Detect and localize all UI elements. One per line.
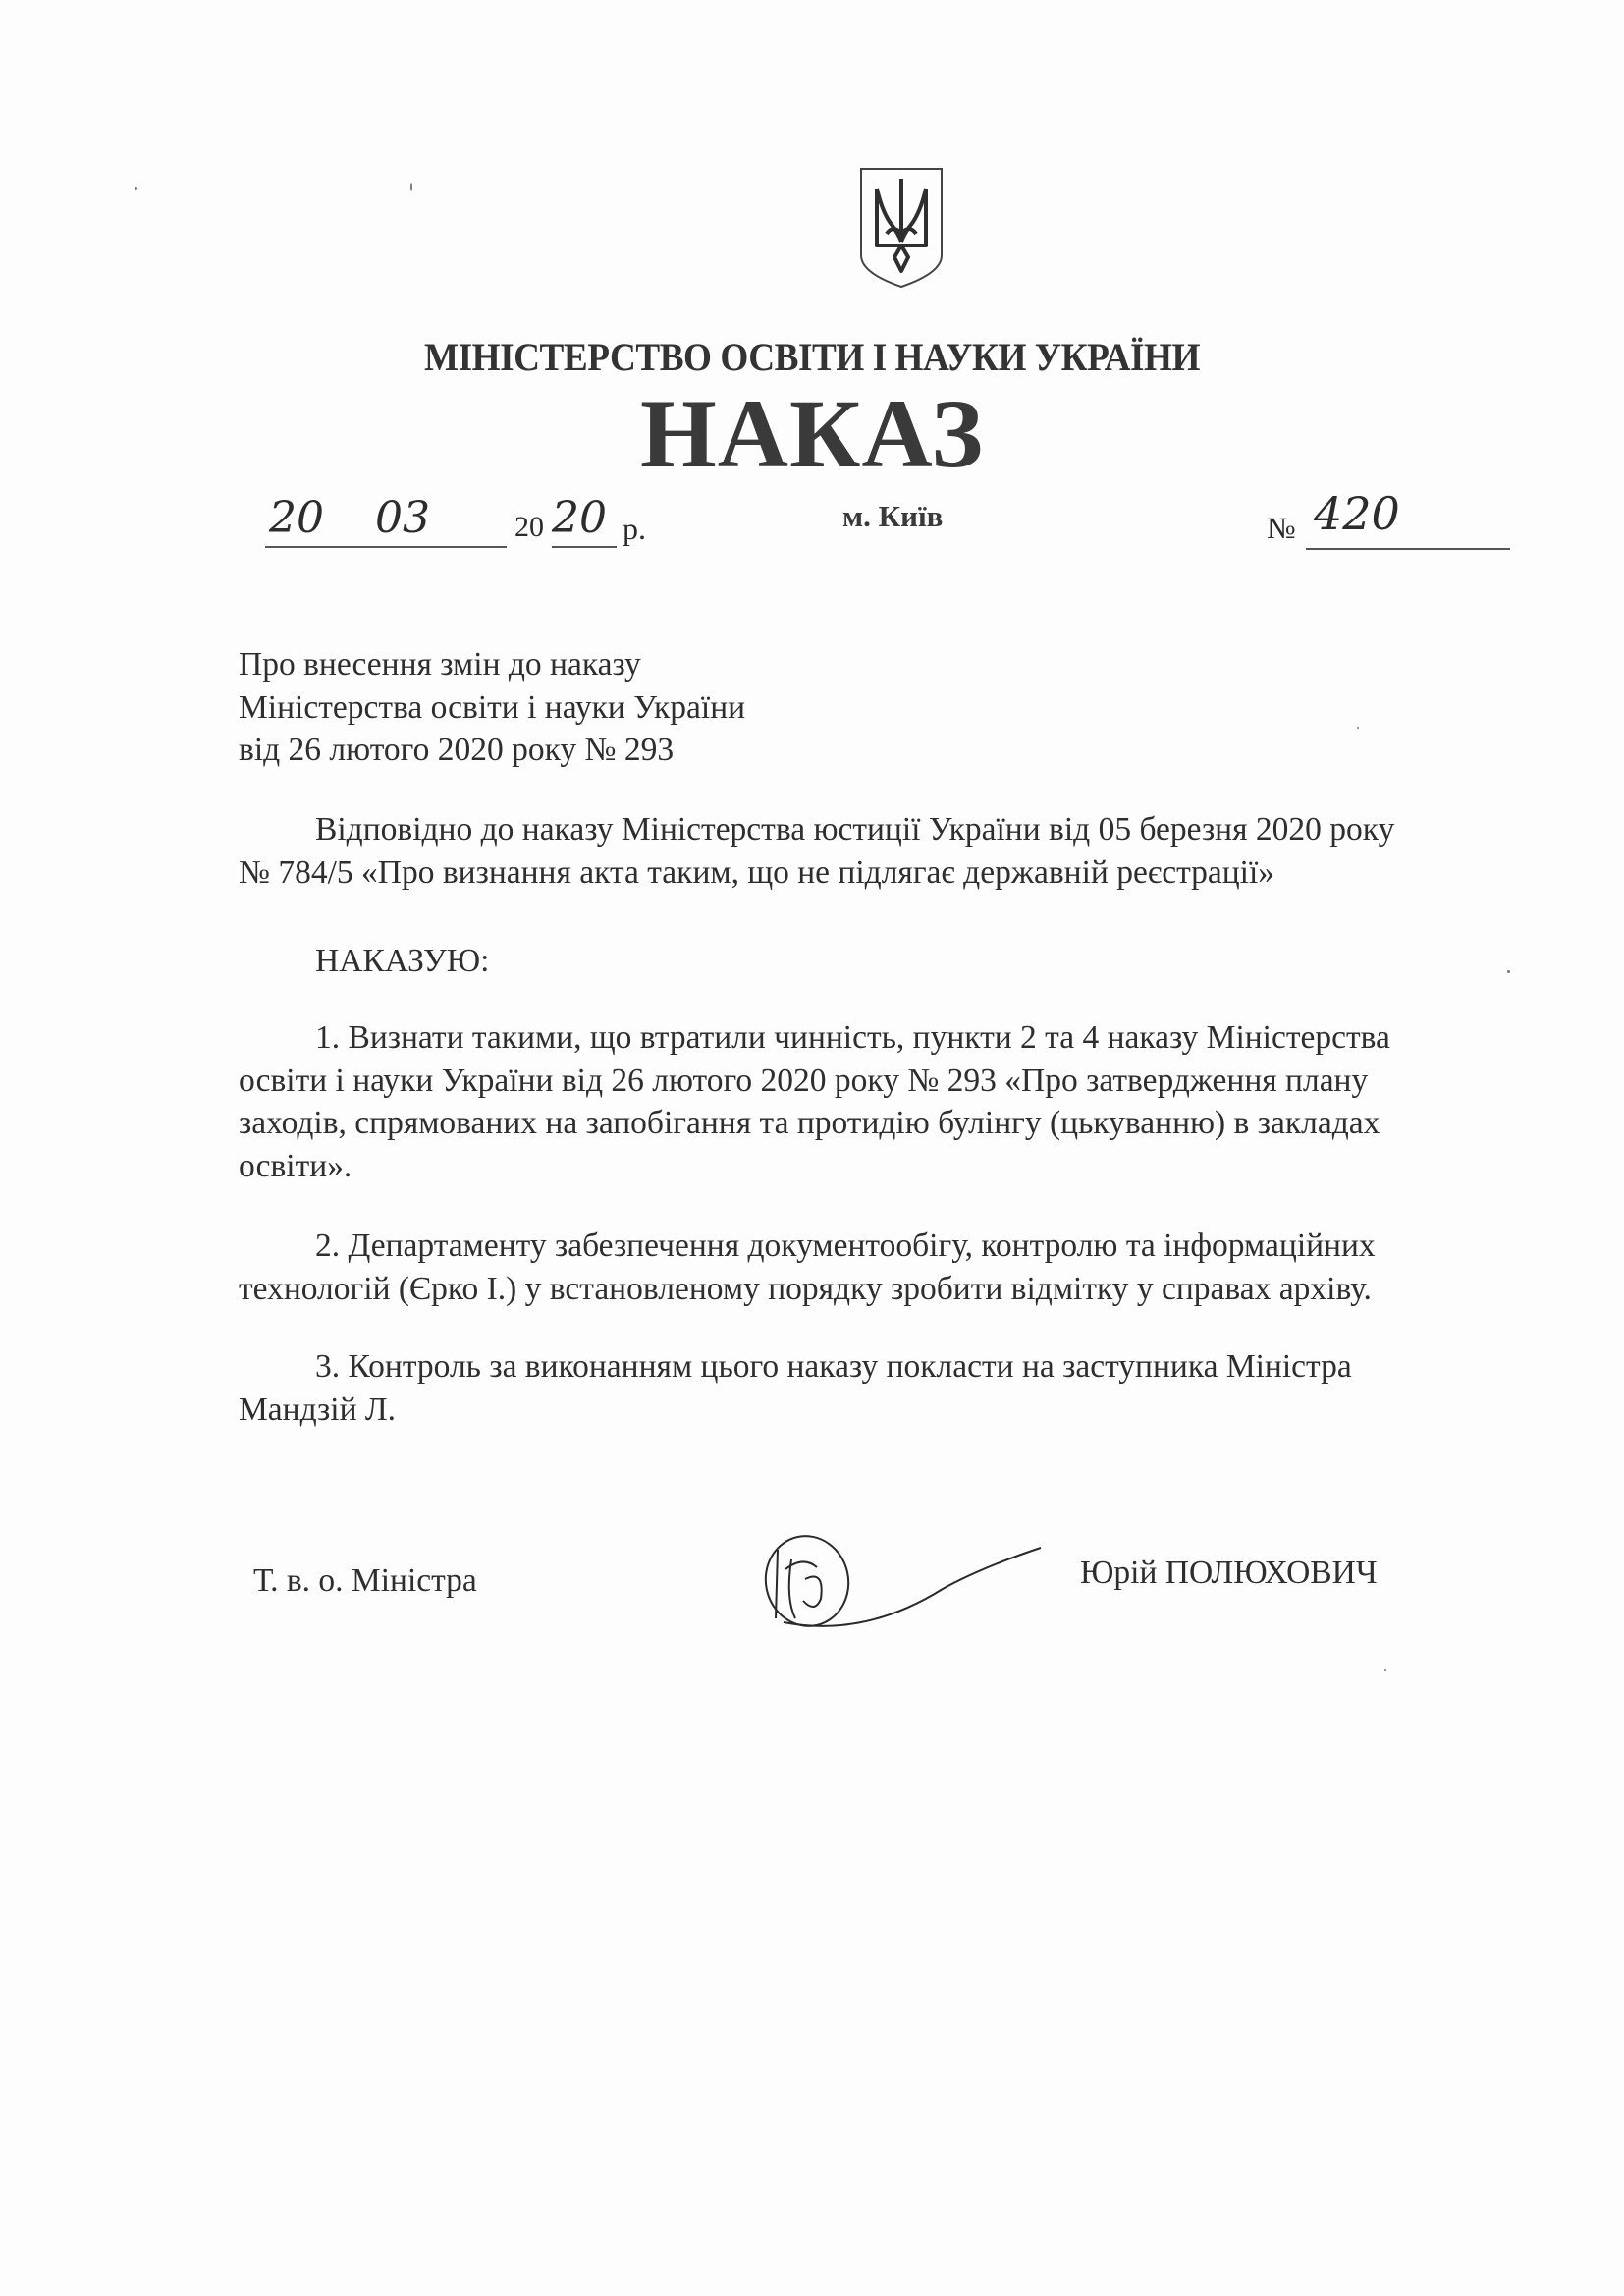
paragraph-line: технологій (Єрко І.) у встановленому пор… (239, 1268, 1505, 1311)
paragraph-line: заходів, спрямованих на запобігання та п… (239, 1102, 1505, 1145)
order-item-1: 1. Визнати такими, що втратили чинність,… (239, 1016, 1505, 1187)
city: м. Київ (842, 499, 943, 534)
scan-speck (1384, 1669, 1386, 1671)
year-underline (552, 546, 617, 548)
signatory-name: Юрій ПОЛЮХОВИЧ (1080, 1552, 1378, 1595)
date-year-prefix: 20 (514, 511, 544, 544)
order-word: НАКАЗУЮ: (315, 940, 490, 983)
paragraph-line: 1. Визнати такими, що втратили чинність,… (239, 1016, 1505, 1060)
paragraph-line: Мандзій Л. (239, 1389, 1505, 1432)
scan-speck (1507, 970, 1510, 973)
order-number: 420 (1314, 487, 1400, 540)
handwritten-signature-icon (746, 1520, 1070, 1633)
order-subject: Про внесення змін до наказу Міністерства… (239, 643, 745, 772)
paragraph-line: освіти». (239, 1145, 1505, 1188)
date-day: 20 (269, 493, 324, 543)
signatory-title: Т. в. о. Міністра (253, 1559, 477, 1603)
paragraph-line: 3. Контроль за виконанням цього наказу п… (239, 1345, 1505, 1389)
paragraph-line: № 784/5 «Про визнання акта таким, що не … (239, 851, 1505, 895)
document-type-title: НАКАЗ (0, 385, 1624, 483)
date-year-suffix: 20 (552, 493, 607, 543)
paragraph-line: 2. Департаменту забезпечення документооб… (239, 1225, 1505, 1268)
date-underline (265, 546, 507, 548)
order-item-2: 2. Департаменту забезпечення документооб… (239, 1225, 1505, 1310)
subject-line: Про внесення змін до наказу (239, 643, 745, 686)
ministry-name: МІНІСТЕРСТВО ОСВІТИ І НАУКИ УКРАЇНИ (57, 334, 1567, 380)
scan-speck (1357, 727, 1359, 729)
order-item-3: 3. Контроль за виконанням цього наказу п… (239, 1345, 1505, 1431)
number-label: № (1267, 511, 1296, 546)
date-month: 03 (375, 493, 430, 543)
subject-line: Міністерства освіти і науки України (239, 686, 745, 730)
basis-paragraph: Відповідно до наказу Міністерства юстиці… (239, 808, 1505, 894)
number-underline (1306, 548, 1510, 550)
date-suffix: р. (623, 511, 646, 547)
coat-of-arms-icon (857, 165, 946, 291)
scan-speck (135, 187, 137, 190)
paragraph-line: Відповідно до наказу Міністерства юстиці… (239, 808, 1505, 851)
scan-speck (410, 183, 412, 191)
paragraph-line: освіти і науки України від 26 лютого 202… (239, 1060, 1505, 1103)
subject-line: від 26 лютого 2020 року № 293 (239, 729, 745, 772)
